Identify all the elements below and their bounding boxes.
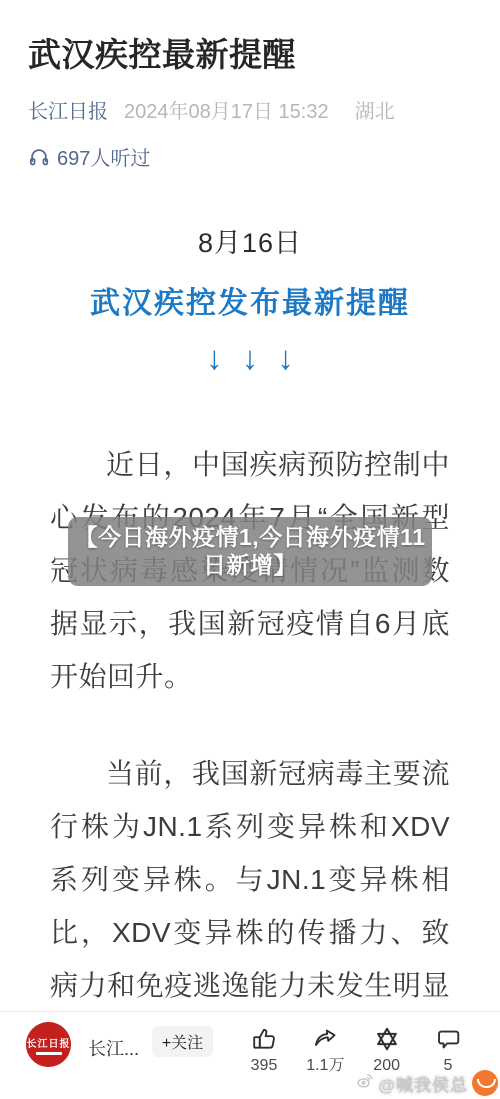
repost-button[interactable]: 200 — [357, 1012, 417, 1099]
article-image: 8月16日 武汉疾控发布最新提醒 ↓ ↓ ↓ 近日，中国疾病预防控制中心发布的2… — [0, 221, 500, 1065]
publish-date: 2024年08月17日 15:32 — [124, 95, 329, 124]
like-count: 395 — [251, 1058, 278, 1074]
comment-button[interactable]: 5 — [418, 1012, 478, 1099]
article-headline: 武汉疾控发布最新提醒 — [0, 286, 500, 322]
comment-bubble-icon — [434, 1025, 462, 1053]
news-post-page: 武汉疾控最新提醒 长江日报 2024年08月17日 15:32 湖北 697人听… — [0, 0, 500, 1099]
repost-watermark-banner: 【今日海外疫情1,今日海外疫情11日新增】 — [68, 517, 432, 586]
hexagram-star-icon — [373, 1025, 401, 1053]
bottom-action-bar: 长江日报 长江... +关注 395 — [0, 1011, 500, 1099]
publish-region: 湖北 — [355, 95, 395, 124]
thumbs-up-icon — [250, 1025, 278, 1053]
share-button[interactable]: 1.1万 — [295, 1012, 355, 1099]
article-meta: 长江日报 2024年08月17日 15:32 湖北 — [28, 95, 472, 124]
publisher-name: 长江... — [88, 1035, 139, 1061]
share-count: 1.1万 — [306, 1058, 344, 1074]
listen-count-label: 697人听过 — [57, 142, 150, 171]
avatar-logo-text: 长江日报 — [27, 1035, 71, 1050]
page-title: 武汉疾控最新提醒 — [28, 34, 472, 75]
article-date-heading: 8月16日 — [0, 221, 500, 260]
repost-count: 200 — [373, 1058, 400, 1074]
listen-audio-button[interactable]: 697人听过 — [28, 142, 472, 171]
follow-button[interactable]: +关注 — [152, 1026, 213, 1057]
action-buttons: 395 1.1万 200 — [234, 1012, 478, 1099]
comment-count: 5 — [444, 1058, 453, 1074]
share-arrow-icon — [311, 1025, 339, 1053]
avatar-logo-band — [36, 1052, 62, 1055]
down-arrows: ↓ ↓ ↓ — [0, 338, 500, 378]
like-button[interactable]: 395 — [234, 1012, 294, 1099]
headphones-icon — [28, 146, 50, 168]
author-link[interactable]: 长江日报 — [28, 95, 108, 124]
publisher-avatar[interactable]: 长江日报 — [26, 1022, 71, 1067]
